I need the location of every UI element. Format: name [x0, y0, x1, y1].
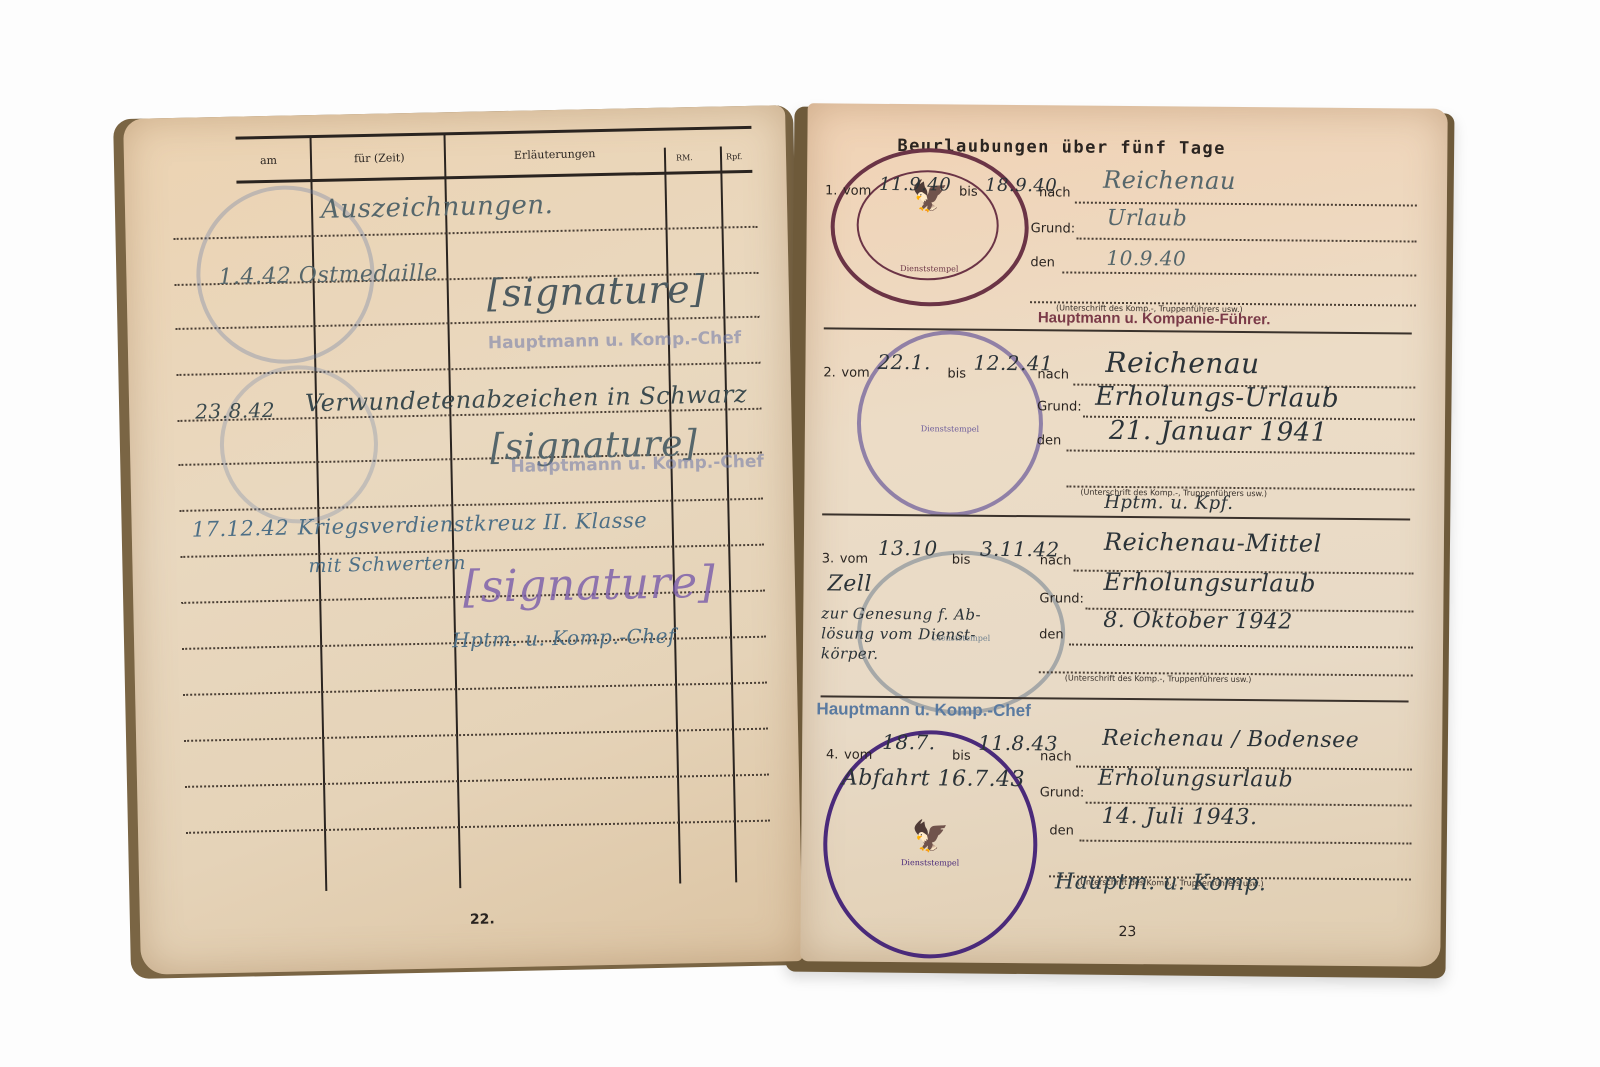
- dotted-line: [183, 682, 767, 696]
- entry-reason: Erholungsurlaub: [1103, 568, 1316, 598]
- label-bis: bis: [952, 552, 971, 567]
- label-den: den: [1049, 823, 1074, 838]
- header-rpf: Rpf.: [726, 152, 743, 161]
- entry-from: 13.10: [878, 536, 938, 561]
- header-rm: RM.: [676, 153, 693, 162]
- dotted-line: [1069, 644, 1413, 649]
- entry-kvk: Kriegsverdienstkreuz II. Klasse: [297, 508, 647, 539]
- label-vom: vom: [841, 366, 869, 381]
- entry-ostmedaille: 1.4.42 Ostmedaille: [218, 260, 438, 290]
- dotted-line: [185, 774, 769, 788]
- rank-stamp: Hauptmann u. Kompanie-Führer.: [1038, 309, 1271, 328]
- label-nach: nach: [1040, 749, 1072, 764]
- entry-from: 18.7.: [882, 730, 936, 754]
- entry-departure-note: Abfahrt 16.7.43: [842, 766, 1025, 793]
- eagle-emblem-icon: 🦅: [912, 822, 950, 852]
- entry-reason: Erholungs-Urlaub: [1095, 382, 1339, 414]
- dotted-line: [1067, 449, 1415, 454]
- entry-date: 23.8.42: [195, 398, 275, 424]
- dotted-line: [1077, 238, 1417, 243]
- left-page: am für (Zeit) Erläuterungen RM. Rpf. Aus…: [123, 105, 803, 975]
- stamp-caption: Dienststempel: [921, 424, 979, 434]
- label-vom: vom: [843, 184, 871, 199]
- entry-destination: Reichenau: [1103, 166, 1236, 195]
- dotted-line: [186, 820, 770, 834]
- entry-date: 14. Juli 1943.: [1101, 804, 1257, 830]
- label-den: den: [1037, 433, 1062, 448]
- column-divider: [720, 147, 737, 883]
- entry-verwundetenabzeichen: Verwundetenabzeichen in Schwarz: [305, 380, 748, 417]
- rank-stamp: Hauptmann u. Komp.-Chef: [816, 699, 1031, 721]
- entry-from: 11.9.40: [879, 174, 951, 196]
- header-am: am: [260, 154, 277, 167]
- entry-from: 22.1.: [877, 350, 931, 374]
- label-nach: nach: [1040, 553, 1072, 568]
- header-fuer-zeit: für (Zeit): [354, 151, 405, 165]
- section-divider: [824, 327, 1412, 334]
- entry-destination: Reichenau: [1105, 346, 1259, 380]
- official-stamp: 🦅 Dienststempel: [822, 729, 1038, 959]
- entry-destination-note: Zell: [827, 571, 872, 596]
- label-nach: nach: [1037, 367, 1069, 382]
- entry-signer: Hptm. u. Kpf.: [1104, 492, 1233, 514]
- soldbuch-booklet: am für (Zeit) Erläuterungen RM. Rpf. Aus…: [0, 0, 1600, 1067]
- entry-number: 1.: [825, 183, 838, 198]
- label-den: den: [1030, 255, 1055, 270]
- entry-number: 3.: [822, 551, 835, 566]
- section-divider: [822, 513, 1410, 520]
- column-divider: [664, 148, 681, 884]
- label-nach: nach: [1039, 185, 1071, 200]
- entry-kvk-line2: mit Schwertern: [308, 552, 466, 577]
- label-grund: Grund:: [1037, 399, 1082, 414]
- entry-destination: Reichenau-Mittel: [1104, 528, 1322, 558]
- entry-heading: Auszeichnungen.: [321, 190, 554, 225]
- entry-date: 8. Oktober 1942: [1103, 608, 1293, 635]
- stamp-caption: Dienststempel: [901, 858, 959, 868]
- entry-number: 4.: [826, 747, 839, 762]
- dotted-line: [1062, 271, 1416, 276]
- signature-caption: (Unterschrift des Komp.-, Truppenführers…: [1065, 673, 1252, 684]
- right-page: Beurlaubungen über fünf Tage 🦅 Dienstste…: [800, 103, 1447, 967]
- signature: [signature]: [462, 557, 715, 613]
- entry-date: 21. Januar 1941: [1109, 416, 1328, 448]
- entry-number: 2.: [823, 365, 836, 380]
- label-grund: Grund:: [1031, 221, 1076, 236]
- label-grund: Grund:: [1040, 785, 1085, 800]
- entry-date: 10.9.40: [1106, 246, 1186, 271]
- label-den: den: [1039, 627, 1064, 642]
- label-bis: bis: [952, 749, 971, 764]
- dotted-line: [1079, 840, 1411, 845]
- entry-reason: Erholungsurlaub: [1098, 766, 1294, 793]
- dotted-line: [180, 544, 764, 558]
- entry-signer: Hauptm. u. Komp.: [1055, 869, 1267, 896]
- page-number: 22.: [470, 911, 495, 928]
- official-stamp: 🦅 Dienststempel: [830, 147, 1029, 307]
- label-bis: bis: [959, 185, 978, 200]
- header-erlaeuterungen: Erläuterungen: [514, 147, 596, 162]
- rank-handwritten: Hptm. u. Komp.-Chef: [452, 624, 676, 653]
- dotted-line: [184, 728, 768, 742]
- label-vom: vom: [840, 552, 868, 567]
- entry-note: zur Genesung f. Ab-lösung vom Dienst-kör…: [821, 603, 1022, 665]
- page-number: 23: [1118, 924, 1136, 940]
- signature: [signature]: [486, 267, 706, 316]
- entry-reason: Urlaub: [1107, 206, 1188, 232]
- label-vom: vom: [844, 748, 872, 763]
- label-bis: bis: [947, 366, 966, 381]
- entry-destination: Reichenau / Bodensee: [1102, 726, 1359, 753]
- rank-stamp: Hauptmann u. Komp.-Chef: [488, 328, 742, 353]
- label-grund: Grund:: [1039, 591, 1084, 606]
- entry-date: 17.12.42: [191, 516, 289, 542]
